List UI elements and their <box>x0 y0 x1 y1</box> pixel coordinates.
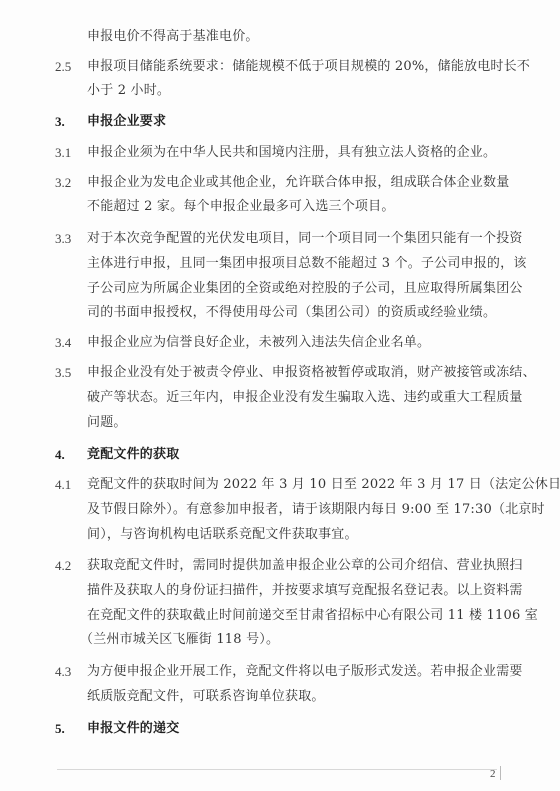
paragraph-line: 纸质版竞配文件，可联系咨询单位获取。 <box>87 689 497 705</box>
page-number: 2 <box>490 767 496 781</box>
section-number: 4. <box>55 447 65 463</box>
paragraph-line: 描件及获取人的身份证扫描件，并按要求填写竞配报名登记表。以上资料需 <box>87 583 497 599</box>
paragraph-line: 获取竞配文件时，需同时提供加盖申报企业公章的公司介绍信、营业执照扫 <box>87 558 497 574</box>
paragraph-line: 不能超过 2 家。每个申报企业最多可入选三个项目。 <box>87 199 497 215</box>
paragraph-line: 破产等状态。近三年内，申报企业没有发生骗取入选、违约或重大工程质量 <box>87 390 497 406</box>
paragraph-line: 问题。 <box>87 415 497 431</box>
section-number: 5. <box>55 721 65 737</box>
paragraph-line: 为方便申报企业开展工作，竞配文件将以电子版形式发送。若申报企业需要 <box>87 664 497 680</box>
paragraph-line: 及节假日除外）。有意参加申报者，请于该期限内每日 9:00 至 17:30（北京… <box>87 502 497 518</box>
paragraph-line: 小于 2 小时。 <box>87 83 497 99</box>
section-heading: 申报企业要求 <box>87 114 497 130</box>
paragraph-line: 申报企业应为信誉良好企业，未被列入违法失信企业名单。 <box>87 335 497 351</box>
item-number: 4.3 <box>55 664 71 680</box>
paragraph-line: 申报企业为发电企业或其他企业，允许联合体申报，组成联合体企业数量 <box>87 175 497 191</box>
section-heading: 竞配文件的获取 <box>87 447 497 463</box>
paragraph-line: 主体进行申报，且同一集团申报项目总数不能超过 3 个。子公司申报的，该 <box>87 256 497 272</box>
paragraph-line: 竞配文件的获取时间为 2022 年 3 月 10 日至 2022 年 3 月 1… <box>87 477 497 493</box>
paragraph-line: 申报电价不得高于基准电价。 <box>87 29 497 45</box>
document-page: 申报电价不得高于基准电价。 2.5 申报项目储能系统要求：储能规模不低于项目规模… <box>0 0 560 791</box>
page-number-bar <box>500 766 501 780</box>
paragraph-line: 申报企业没有处于被责令停业、申报资格被暂停或取消，财产被接管或冻结、 <box>87 365 497 381</box>
paragraph-line: 子公司应为所属企业集团的全资或绝对控股的子公司，且应取得所属集团公 <box>87 281 497 297</box>
item-number: 2.5 <box>55 59 71 75</box>
section-heading: 申报文件的递交 <box>87 721 497 737</box>
footer-divider <box>57 769 497 770</box>
paragraph-line: 申报项目储能系统要求：储能规模不低于项目规模的 20%，储能放电时长不 <box>87 59 497 75</box>
section-number: 3. <box>55 114 65 130</box>
paragraph-line: 间），与咨询机构电话联系竞配文件获取事宜。 <box>87 527 497 543</box>
item-number: 4.2 <box>55 558 71 574</box>
paragraph-line: 申报企业须为在中华人民共和国境内注册，具有独立法人资格的企业。 <box>87 145 497 161</box>
paragraph-line: （兰州市城关区飞雁街 118 号）。 <box>80 632 490 648</box>
item-number: 3.5 <box>55 365 71 381</box>
item-number: 3.3 <box>55 231 71 247</box>
paragraph-line: 在竞配文件的获取截止时间前递交至甘肃省招标中心有限公司 11 楼 1106 室 <box>87 608 497 624</box>
item-number: 3.2 <box>55 175 71 191</box>
item-number: 4.1 <box>55 477 71 493</box>
paragraph-line: 司的书面申报授权，不得使用母公司（集团公司）的资质或经验业绩。 <box>87 305 497 321</box>
paragraph-line: 对于本次竞争配置的光伏发电项目，同一个项目同一个集团只能有一个投资 <box>87 231 497 247</box>
item-number: 3.4 <box>55 335 71 351</box>
item-number: 3.1 <box>55 145 71 161</box>
